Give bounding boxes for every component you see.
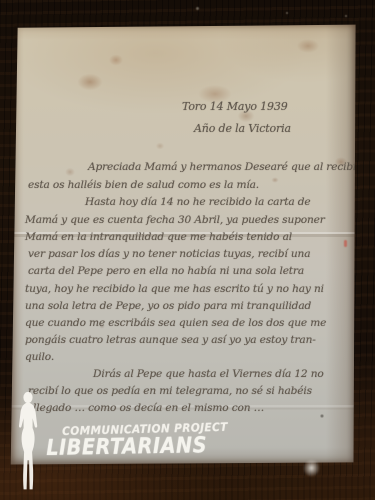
handwritten-line: una sola letra de Pepe, yo os pido para … xyxy=(25,300,311,312)
handwritten-line: Dirás al Pepe que hasta el Viernes día 1… xyxy=(93,368,324,380)
handwritten-line: recibí lo que os pedía en mi telegrama, … xyxy=(28,385,312,397)
dust-speck xyxy=(286,12,288,14)
dust-speck xyxy=(196,7,199,10)
handwritten-line: tuya, hoy he recibido la que me has escr… xyxy=(25,283,324,295)
handwritten-line: llegado … como os decía en el mismo con … xyxy=(33,402,264,414)
handwritten-line: quilo. xyxy=(25,351,54,363)
letter-motto: Año de la Victoria xyxy=(194,122,291,135)
handwritten-line: carta del Pepe pero en ella no había ni … xyxy=(28,265,304,277)
handwritten-line: esta os halléis bien de salud como es la… xyxy=(28,179,259,191)
handwritten-line: pongáis cuatro letras aunque sea y así y… xyxy=(25,334,316,346)
handwritten-line: Mamá en la intranquilidad que me habéis … xyxy=(25,231,292,243)
letter-paper: Toro 14 Mayo 1939 Año de la Victoria Apr… xyxy=(10,22,357,465)
handwritten-line: que cuando me escribáis sea quien sea de… xyxy=(25,317,326,329)
handwritten-line: Apreciada Mamá y hermanos Desearé que al… xyxy=(88,161,361,173)
handwritten-line: Mamá y que es cuenta fecha 30 Abril, ya … xyxy=(25,214,325,226)
white-residue-spot xyxy=(301,457,322,479)
dust-speck xyxy=(345,15,347,17)
handwritten-line: ver pasar los días y no tener noticias t… xyxy=(28,248,310,260)
letter-date: Toro 14 Mayo 1939 xyxy=(182,100,288,113)
red-pencil-mark xyxy=(344,240,347,247)
letter-photo: Toro 14 Mayo 1939 Año de la Victoria Apr… xyxy=(0,0,375,500)
handwritten-line: Hasta hoy día 14 no he recibido la carta… xyxy=(85,196,311,208)
